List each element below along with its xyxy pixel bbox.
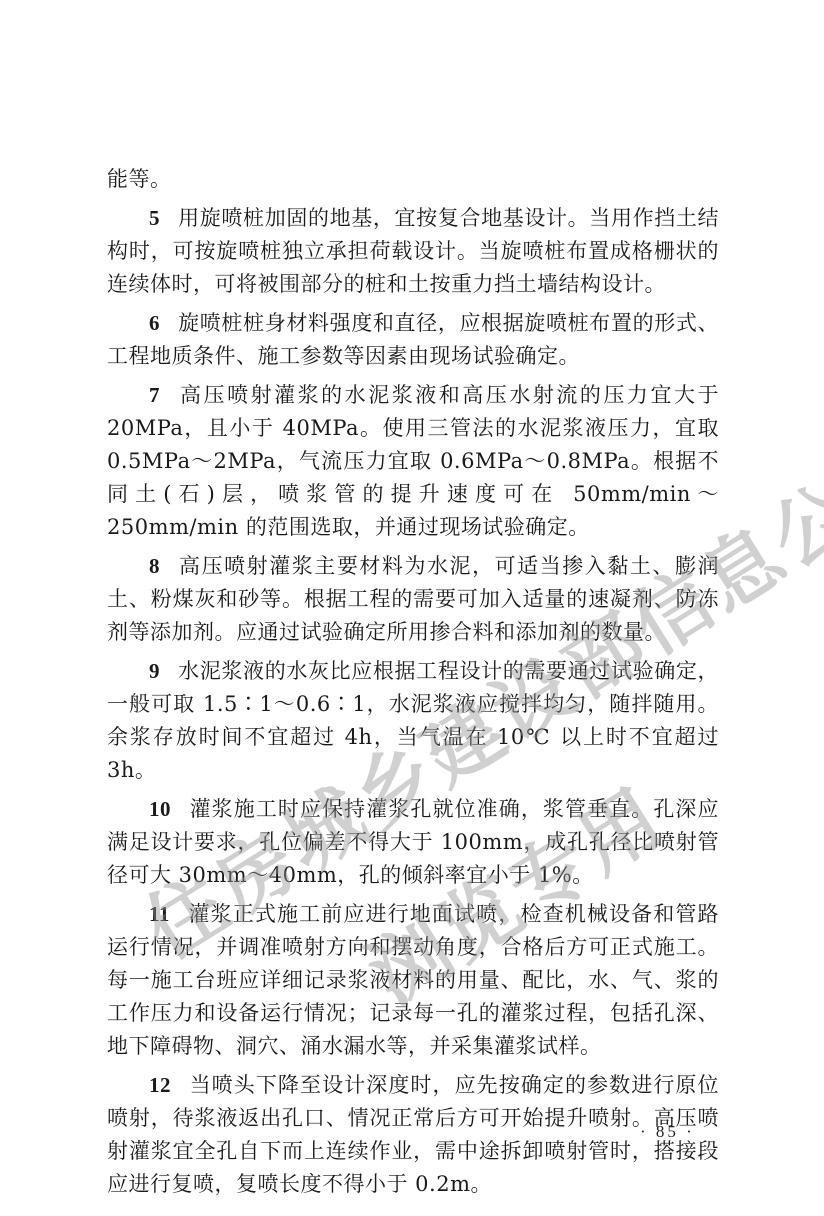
paragraph-item-9: 9水泥浆液的水灰比应根据工程设计的需要通过试验确定，一般可取 1.5∶1～0.6… xyxy=(107,655,719,787)
paragraph-item-8: 8高压喷射灌浆主要材料为水泥，可适当掺入黏土、膨润土、粉煤灰和砂等。根据工程的需… xyxy=(107,550,719,649)
paragraph-item-6: 6旋喷桩桩身材料强度和直径，应根据旋喷桩布置的形式、工程地质条件、施工参数等因素… xyxy=(107,307,719,373)
document-body: 能等。 5用旋喷桩加固的地基，宜按复合地基设计。当用作挡土结构时，可按旋喷桩独立… xyxy=(107,163,719,1207)
paragraph-text: 旋喷桩桩身材料强度和直径，应根据旋喷桩布置的形式、工程地质条件、施工参数等因素由… xyxy=(107,311,719,368)
paragraph-text: 用旋喷桩加固的地基，宜按复合地基设计。当用作挡土结构时，可按旋喷桩独立承担荷载设… xyxy=(107,206,719,296)
paragraph-number: 10 xyxy=(149,797,171,821)
paragraph-item-7: 7高压喷射灌浆的水泥浆液和高压水射流的压力宜大于20MPa，且小于 40MPa。… xyxy=(107,379,719,544)
paragraph-text: 高压喷射灌浆主要材料为水泥，可适当掺入黏土、膨润土、粉煤灰和砂等。根据工程的需要… xyxy=(107,554,719,644)
paragraph-item-5: 5用旋喷桩加固的地基，宜按复合地基设计。当用作挡土结构时，可按旋喷桩独立承担荷载… xyxy=(107,202,719,301)
paragraph-text: 水泥浆液的水灰比应根据工程设计的需要通过试验确定，一般可取 1.5∶1～0.6∶… xyxy=(107,659,719,782)
paragraph-item-11: 11灌浆正式施工前应进行地面试喷，检查机械设备和管路运行情况，并调准喷射方向和摆… xyxy=(107,898,719,1063)
paragraph-text: 当喷头下降至设计深度时，应先按确定的参数进行原位喷射，待浆液返出孔口、情况正常后… xyxy=(107,1073,719,1196)
paragraph-number: 7 xyxy=(149,383,160,407)
paragraph-number: 11 xyxy=(149,902,170,926)
paragraph-number: 5 xyxy=(149,206,160,230)
paragraph-number: 9 xyxy=(149,659,160,683)
paragraph-item-12: 12当喷头下降至设计深度时，应先按确定的参数进行原位喷射，待浆液返出孔口、情况正… xyxy=(107,1069,719,1201)
paragraph-continuation: 能等。 xyxy=(107,163,719,196)
paragraph-number: 6 xyxy=(149,311,160,335)
paragraph-text: 能等。 xyxy=(107,167,172,191)
paragraph-number: 8 xyxy=(149,554,160,578)
paragraph-number: 12 xyxy=(149,1073,171,1097)
paragraph-text: 灌浆施工时应保持灌浆孔就位准确，浆管垂直。孔深应满足设计要求，孔位偏差不得大于 … xyxy=(107,797,719,887)
paragraph-text: 灌浆正式施工前应进行地面试喷，检查机械设备和管路运行情况，并调准喷射方向和摆动角… xyxy=(107,902,719,1058)
paragraph-item-10: 10灌浆施工时应保持灌浆孔就位准确，浆管垂直。孔深应满足设计要求，孔位偏差不得大… xyxy=(107,793,719,892)
page-number: · 85 · xyxy=(640,1122,695,1142)
paragraph-text: 高压喷射灌浆的水泥浆液和高压水射流的压力宜大于20MPa，且小于 40MPa。使… xyxy=(107,383,719,539)
